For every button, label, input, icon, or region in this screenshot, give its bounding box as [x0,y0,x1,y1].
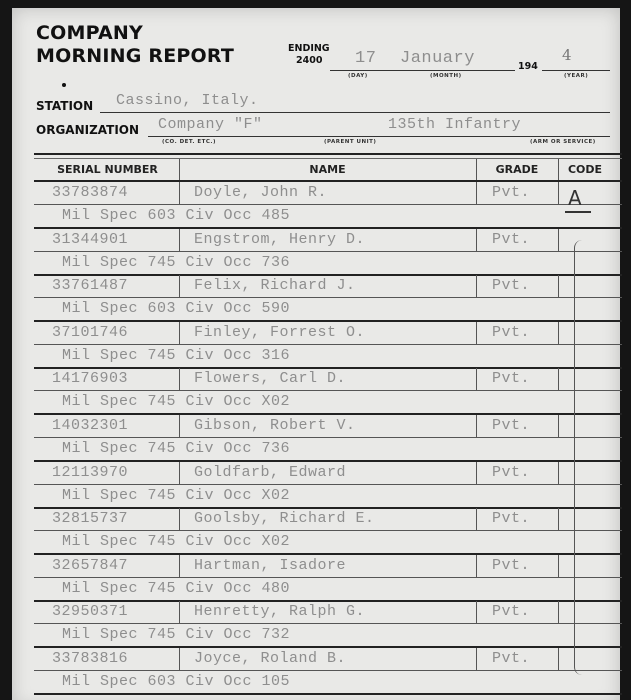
caption-day: (DAY) [348,73,368,79]
grade: Pvt. [492,464,530,481]
detail-row: Mil Spec 603 Civ Occ 590 [12,298,620,322]
ending-time-label: 2400 [296,55,322,66]
mil-spec-civ-occ: Mil Spec 745 Civ Occ 316 [62,347,290,364]
detail-row: Mil Spec 745 Civ Occ 736 [12,438,620,462]
serial-number: 14176903 [52,370,128,387]
organization-parent: 135th Infantry [388,116,521,133]
serial-number: 37101746 [52,324,128,341]
col-divider-2 [476,182,477,204]
col-divider-1 [179,229,180,251]
col-divider-3 [558,508,559,530]
year-rule [542,70,610,71]
code-bracket-mark [574,240,589,675]
col-divider-2 [476,508,477,530]
mil-spec-civ-occ: Mil Spec 745 Civ Occ 736 [62,440,290,457]
code-mark: A [568,186,582,210]
col-divider-3 [558,601,559,623]
header-grade: GRADE [476,163,558,176]
soldier-name: Goldfarb, Edward [194,464,346,481]
detail-row: Mil Spec 745 Civ Occ X02 [12,391,620,415]
header-name: NAME [179,163,476,176]
caption-year: (YEAR) [564,73,588,79]
serial-number: 33761487 [52,277,128,294]
serial-number: 31344901 [52,231,128,248]
col-divider-3 [558,648,559,670]
soldier-name: Gibson, Robert V. [194,417,356,434]
detail-row: Mil Spec 745 Civ Occ X02 [12,485,620,509]
mil-spec-civ-occ: Mil Spec 745 Civ Occ 480 [62,580,290,597]
dot-mark [62,83,66,87]
organization-rule [148,136,610,137]
grade: Pvt. [492,231,530,248]
col-divider-1 [179,159,180,180]
col-divider-3 [558,368,559,390]
col-divider-2 [476,555,477,577]
soldier-name: Finley, Forrest O. [194,324,365,341]
day-value: 17 [355,49,376,68]
table-top-rule-2 [34,158,622,159]
table-row: 33783816 Joyce, Roland B. Pvt. [12,648,620,672]
col-divider-1 [179,508,180,530]
serial-number: 32815737 [52,510,128,527]
col-divider-2 [476,415,477,437]
caption-month: (MONTH) [430,73,462,79]
form-title-line1: COMPANY [36,22,143,44]
grade: Pvt. [492,650,530,667]
detail-row: Mil Spec 603 Civ Occ 485 [12,205,620,229]
grade: Pvt. [492,603,530,620]
col-divider-3 [558,275,559,297]
col-divider-1 [179,555,180,577]
col-divider-1 [179,648,180,670]
table-row: 12113970 Goldfarb, Edward Pvt. [12,462,620,486]
col-divider-2 [476,648,477,670]
col-divider-1 [179,322,180,344]
organization-label: ORGANIZATION [36,123,139,137]
table-row: 14032301 Gibson, Robert V. Pvt. [12,415,620,439]
col-divider-3 [558,159,559,180]
col-divider-1 [179,415,180,437]
col-divider-1 [179,275,180,297]
year-prefix: 194 [518,61,538,72]
date-rule [330,70,515,71]
grade: Pvt. [492,324,530,341]
caption-parent: (PARENT UNIT) [324,139,376,145]
mil-spec-civ-occ: Mil Spec 745 Civ Occ X02 [62,533,290,550]
table-row: 32657847 Hartman, Isadore Pvt. [12,555,620,579]
detail-row: Mil Spec 603 Civ Occ 105 [12,671,620,695]
serial-number: 32657847 [52,557,128,574]
ending-label: ENDING [288,43,330,54]
soldier-name: Henretty, Ralph G. [194,603,365,620]
col-divider-2 [476,229,477,251]
serial-number: 33783874 [52,184,128,201]
detail-row: Mil Spec 745 Civ Occ X02 [12,531,620,555]
table-row: 33783874 Doyle, John R. Pvt. [12,182,620,206]
mil-spec-civ-occ: Mil Spec 745 Civ Occ X02 [62,487,290,504]
detail-row: Mil Spec 745 Civ Occ 316 [12,345,620,369]
organization-company: Company "F" [158,116,263,133]
col-divider-2 [476,275,477,297]
header-serial-number: SERIAL NUMBER [36,163,179,176]
table-row: 14176903 Flowers, Carl D. Pvt. [12,368,620,392]
mil-spec-civ-occ: Mil Spec 603 Civ Occ 590 [62,300,290,317]
col-divider-2 [476,322,477,344]
soldier-name: Doyle, John R. [194,184,327,201]
col-divider-3 [558,229,559,251]
year-value: 4 [562,46,572,64]
serial-number: 14032301 [52,417,128,434]
header-code: CODE [558,163,612,176]
entry-rule [34,693,622,695]
grade: Pvt. [492,184,530,201]
table-top-rule [34,153,622,155]
table-row: 33761487 Felix, Richard J. Pvt. [12,275,620,299]
soldier-name: Joyce, Roland B. [194,650,346,667]
table-row: 31344901 Engstrom, Henry D. Pvt. [12,229,620,253]
detail-row: Mil Spec 745 Civ Occ 480 [12,578,620,602]
col-divider-1 [179,601,180,623]
col-divider-3 [558,182,559,204]
col-divider-1 [179,182,180,204]
morning-report-form: COMPANY MORNING REPORT ENDING 2400 17 Ja… [12,8,620,700]
soldier-name: Felix, Richard J. [194,277,356,294]
grade: Pvt. [492,510,530,527]
station-rule [100,112,610,113]
caption-co: (CO. DET. ETC.) [162,139,216,145]
col-divider-2 [476,601,477,623]
detail-row: Mil Spec 745 Civ Occ 736 [12,252,620,276]
grade: Pvt. [492,370,530,387]
mil-spec-civ-occ: Mil Spec 603 Civ Occ 105 [62,673,290,690]
table-row: 37101746 Finley, Forrest O. Pvt. [12,322,620,346]
col-divider-3 [558,462,559,484]
grade: Pvt. [492,417,530,434]
caption-arm: (ARM OR SERVICE) [530,139,596,145]
grade: Pvt. [492,277,530,294]
code-underline [565,211,591,213]
month-value: January [400,49,475,68]
detail-row: Mil Spec 745 Civ Occ 732 [12,624,620,648]
col-divider-1 [179,368,180,390]
form-title-line2: MORNING REPORT [36,45,234,67]
serial-number: 12113970 [52,464,128,481]
serial-number: 33783816 [52,650,128,667]
serial-number: 32950371 [52,603,128,620]
col-divider-2 [476,368,477,390]
table-row: 32815737 Goolsby, Richard E. Pvt. [12,508,620,532]
grade: Pvt. [492,557,530,574]
mil-spec-civ-occ: Mil Spec 603 Civ Occ 485 [62,207,290,224]
col-divider-3 [558,555,559,577]
soldier-name: Goolsby, Richard E. [194,510,375,527]
soldier-name: Flowers, Carl D. [194,370,346,387]
col-divider-2 [476,462,477,484]
col-divider-1 [179,462,180,484]
col-divider-3 [558,322,559,344]
col-divider-3 [558,415,559,437]
soldier-name: Hartman, Isadore [194,557,346,574]
station-label: STATION [36,99,93,113]
mil-spec-civ-occ: Mil Spec 745 Civ Occ 736 [62,254,290,271]
mil-spec-civ-occ: Mil Spec 745 Civ Occ 732 [62,626,290,643]
col-divider-2 [476,159,477,180]
mil-spec-civ-occ: Mil Spec 745 Civ Occ X02 [62,393,290,410]
table-row: 32950371 Henretty, Ralph G. Pvt. [12,601,620,625]
soldier-name: Engstrom, Henry D. [194,231,365,248]
station-value: Cassino, Italy. [116,92,259,109]
